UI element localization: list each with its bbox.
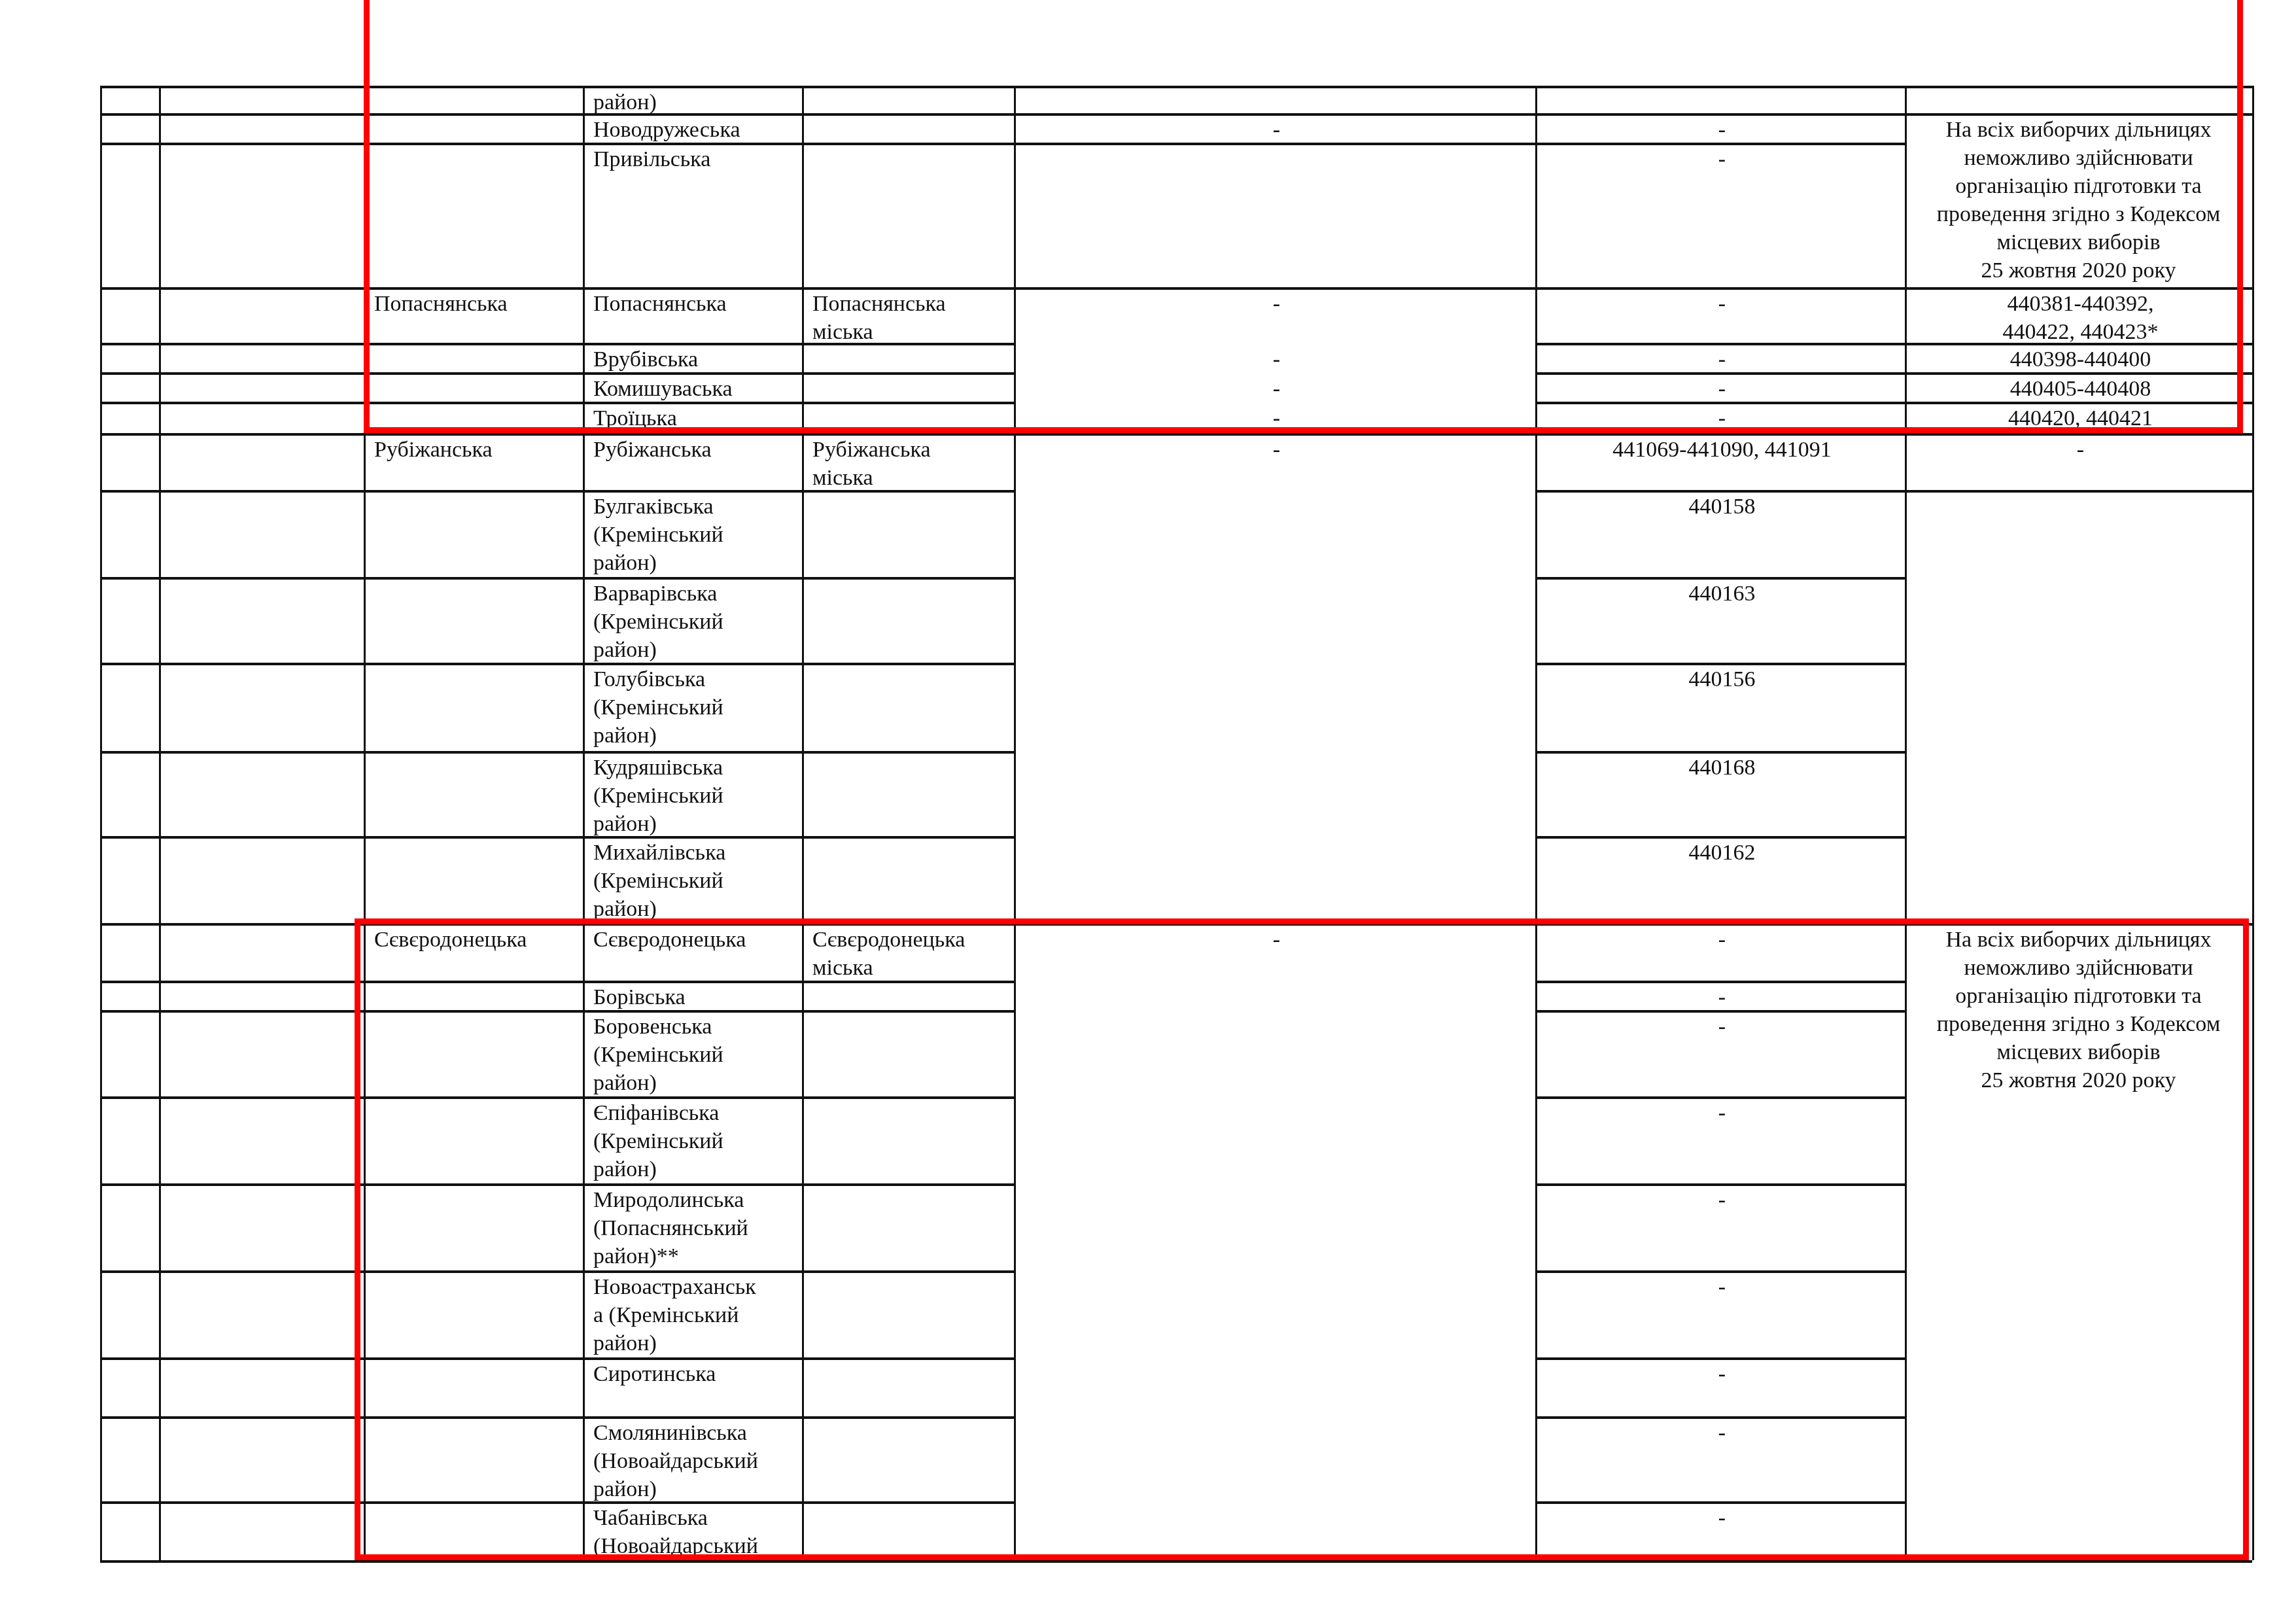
table-cell-col7: 440420, 440421 [1915,404,2246,432]
table-cell-settlement: Сиротинська [593,1360,795,1388]
table-row-border [100,836,1014,839]
table-cell-col6: - [1546,145,1898,173]
table-cell-col6: 440156 [1546,665,1898,693]
table-cell-settlement: Булгаківська (Кремінський район) [593,493,795,577]
table-cell-col6: - [1546,1504,1898,1532]
table-row-border [1905,86,2252,88]
table-cell-col6: - [1546,1419,1898,1447]
table-row-border [100,86,1014,88]
table-column-border [1905,86,1907,1560]
document-page: район)Новодружеська--Привільська-Попасня… [0,0,2296,1623]
table-row-border [100,402,1014,404]
table-cell-settlement: Єпіфанівська (Кремінський район) [593,1099,795,1183]
table-cell-col6: - [1546,1360,1898,1388]
table-cell-col5: - [1024,116,1529,144]
table-cell-type: Рубіжанська міська [812,436,1007,492]
table-cell-col6: - [1546,1099,1898,1127]
table-cell-settlement: Рубіжанська [593,436,795,464]
table-cell-settlement: Борівська [593,983,795,1011]
table-cell-col6: - [1546,116,1898,144]
table-row-border [1014,86,1535,88]
table-column-border [2252,86,2254,1560]
table-row-border [1535,86,1905,88]
table-row-border [100,1183,1014,1186]
table-row-border [100,113,1014,116]
table-cell-col5: - [1024,404,1529,432]
table-cell-settlement: Чабанівська (Новоайдарський [593,1504,795,1560]
table-row-border [100,577,1014,580]
table-cell-community: Попаснянська [374,290,576,318]
table-row-border [1905,1560,2252,1563]
table-cell-settlement: Варварівська (Кремінський район) [593,580,795,664]
table-cell-settlement: Комишуваська [593,375,795,403]
table-cell-col5: - [1024,926,1529,954]
table-cell-settlement: Боровенська (Кремінський район) [593,1013,795,1097]
table-row-border [100,143,1014,145]
table-cell-col7: 440405-440408 [1915,375,2246,403]
table-row-border [1014,1560,1535,1563]
table-row-border [100,1357,1014,1360]
table-cell-col6: 440163 [1546,580,1898,608]
table-row-border [100,1416,1014,1419]
table-cell-col6: 440168 [1546,754,1898,782]
table-column-border [159,86,161,1560]
table-cell-settlement: район) [593,88,795,116]
table-cell-col6: - [1546,926,1898,954]
table-row-border [100,1010,1014,1013]
table-cell-col6: - [1546,290,1898,318]
table-column-border [802,86,804,1560]
table-cell-col6: - [1546,375,1898,403]
table-row-border [100,751,1014,754]
table-column-border [1535,86,1537,1560]
table-column-border [583,86,585,1560]
table-cell-settlement: Сєвєродонецька [593,926,795,954]
table-row-border [100,1560,1014,1563]
table-cell-col5: - [1024,436,1529,464]
table-column-border [364,86,366,1560]
table-cell-col6: - [1546,1013,1898,1041]
table-cell-col6: - [1546,404,1898,432]
table-cell-col6: - [1546,345,1898,374]
table-cell-community: Сєвєродонецька [374,926,576,954]
table-cell-col6: 440158 [1546,493,1898,521]
table-cell-settlement: Михайлівська (Кремінський район) [593,839,795,923]
table-cell-col5: - [1024,290,1529,318]
table-cell-settlement: Смолянинівська (Новоайдарський район) [593,1419,795,1503]
table-cell-type: Сєвєродонецька міська [812,926,1007,982]
table-cell-type: Попаснянська міська [812,290,1007,346]
table-cell-settlement: Попаснянська [593,290,795,318]
table-row-border [100,372,1014,375]
table-row-border [100,663,1014,665]
table-cell-col6: - [1546,1273,1898,1301]
table-cell-col7: 440398-440400 [1915,345,2246,374]
table-cell-col5: - [1024,375,1529,403]
table-cell-settlement: Миродолинська (Попаснянський район)** [593,1186,795,1270]
table-cell-settlement: Кудряшівська (Кремінський район) [593,754,795,838]
table-cell-col6: - [1546,983,1898,1011]
table-cell-settlement: Привільська [593,145,795,173]
table-cell-col6: - [1546,1186,1898,1214]
table-cell-col6: 440162 [1546,839,1898,867]
table-cell-community: Рубіжанська [374,436,576,464]
table-column-border [1014,86,1016,1560]
table-cell-settlement: Троїцька [593,404,795,432]
table-row-border [100,1270,1014,1273]
table-cell-settlement: Новоастраханськ а (Кремінський район) [593,1273,795,1357]
table-cell-col5: - [1024,345,1529,374]
precinct-note: На всіх виборчих дільницях неможливо зді… [1911,116,2246,285]
table-cell-settlement: Новодружеська [593,116,795,144]
table-cell-settlement: Голубівська (Кремінський район) [593,665,795,750]
table-row-border [100,1096,1014,1099]
table-cell-col7: 440381-440392, 440422, 440423* [1915,290,2246,346]
precinct-note: На всіх виборчих дільницях неможливо зді… [1911,926,2246,1094]
table-row-border [1535,1560,1905,1563]
table-row-border [100,1501,1014,1504]
table-cell-settlement: Врубівська [593,345,795,374]
table-cell-col6: 441069-441090, 441091 [1546,436,1898,464]
table-cell-col7: - [1915,436,2246,464]
table-row-border [1905,490,2252,493]
table-column-border [100,86,102,1560]
